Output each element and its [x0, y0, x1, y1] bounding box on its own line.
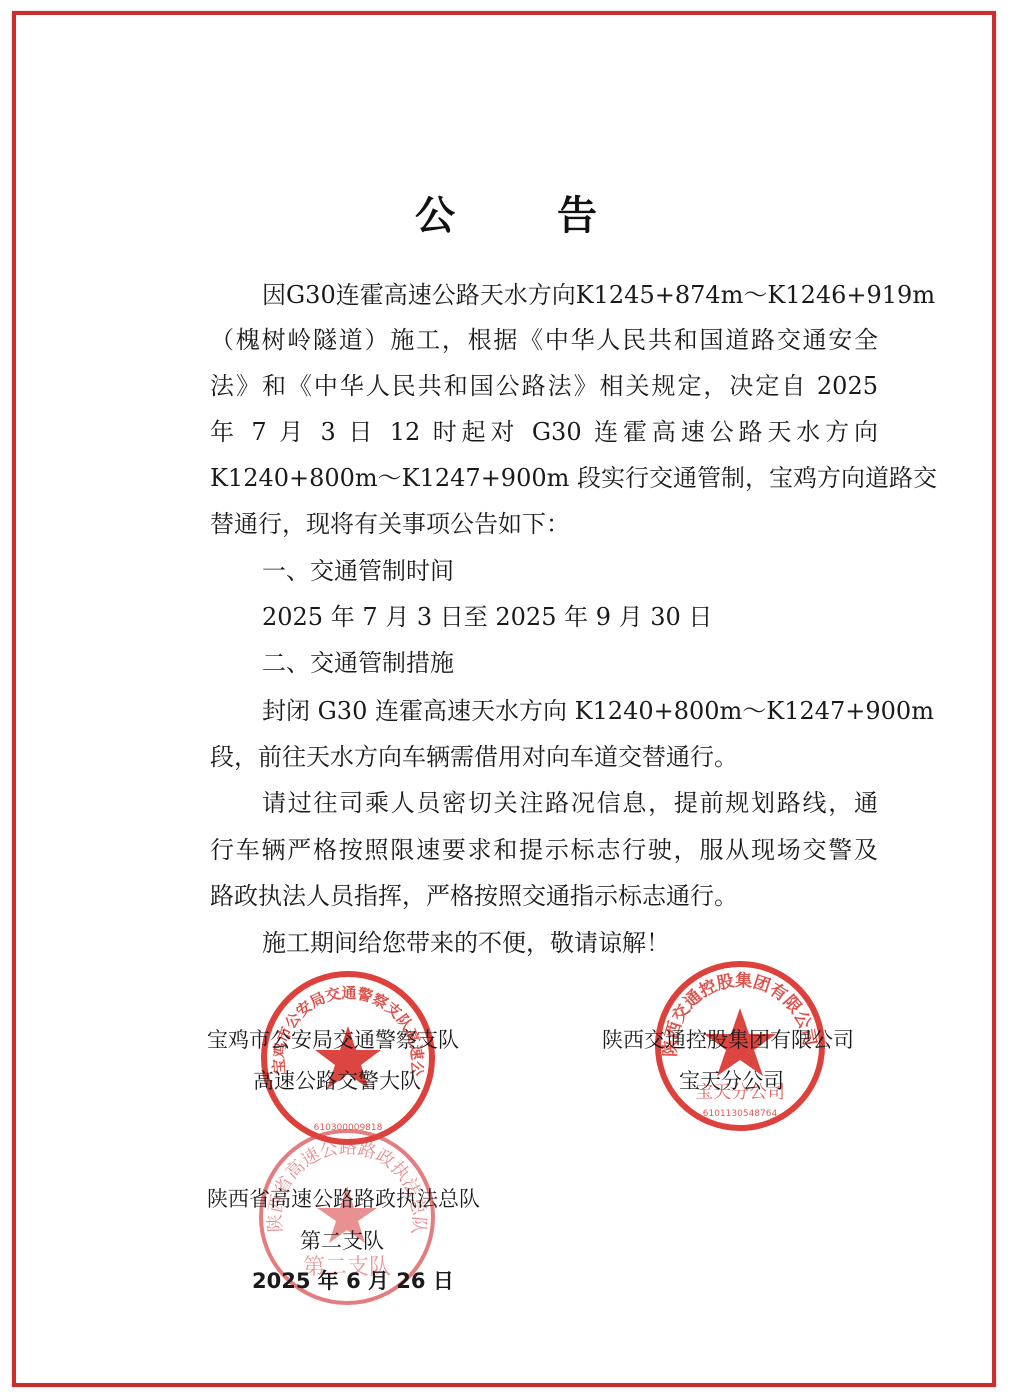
section1-heading: 一、交通管制时间	[262, 556, 454, 586]
section1-content: 2025 年 7 月 3 日至 2025 年 9 月 30 日	[262, 602, 712, 632]
section2-heading: 二、交通管制措施	[262, 648, 454, 678]
document-date: 2025 年 6 月 26 日	[252, 1268, 454, 1294]
signatory-right-line1: 陕西交通控股集团有限公司	[602, 1027, 854, 1053]
official-seal-traffic-police: 宝鸡市公安局交通警察支队高速公路交警大队 610300009818	[258, 968, 438, 1148]
signatory-left-line1: 宝鸡市公安局交通警察支队	[207, 1027, 459, 1053]
body-line-3: 法》和《中华人民共和国公路法》相关规定，决定自 2025	[210, 371, 878, 401]
document-title: 公 告	[0, 184, 1012, 241]
signatory-bottom-line1: 陕西省高速公路路政执法总队	[207, 1186, 480, 1212]
body-line-6: 替通行，现将有关事项公告如下：	[210, 509, 570, 539]
notice-line-1: 请过往司乘人员密切关注路况信息，提前规划路线，通	[262, 788, 878, 818]
svg-text:6101130548764: 6101130548764	[703, 1109, 778, 1119]
signatory-bottom-line2: 第二支队	[300, 1228, 384, 1254]
body-line-2: （槐树岭隧道）施工，根据《中华人民共和国道路交通安全	[210, 325, 878, 355]
notice-line-3: 路政执法人员指挥，严格按照交通指示标志通行。	[210, 881, 738, 911]
body-line-4: 年 7 月 3 日 12 时起对 G30 连霍高速公路天水方向	[210, 417, 878, 447]
body-line-1: 因G30连霍高速公路天水方向K1245+874m～K1246+919m	[262, 280, 878, 310]
signatory-left-line2: 高速公路交警大队	[253, 1068, 421, 1094]
apology-text: 施工期间给您带来的不便，敬请谅解！	[262, 928, 670, 958]
signatory-right-line2: 宝天分公司	[679, 1068, 784, 1094]
notice-line-2: 行车辆严格按照限速要求和提示标志行驶，服从现场交警及	[210, 835, 878, 865]
section2-line-2: 段，前往天水方向车辆需借用对向车道交替通行。	[210, 742, 738, 772]
seal-traffic-police-icon: 宝鸡市公安局交通警察支队高速公路交警大队 610300009818	[258, 968, 438, 1148]
section2-line-1: 封闭 G30 连霍高速天水方向 K1240+800m～K1247+900m	[262, 696, 878, 726]
body-line-5: K1240+800m～K1247+900m 段实行交通管制，宝鸡方向道路交	[210, 463, 878, 493]
